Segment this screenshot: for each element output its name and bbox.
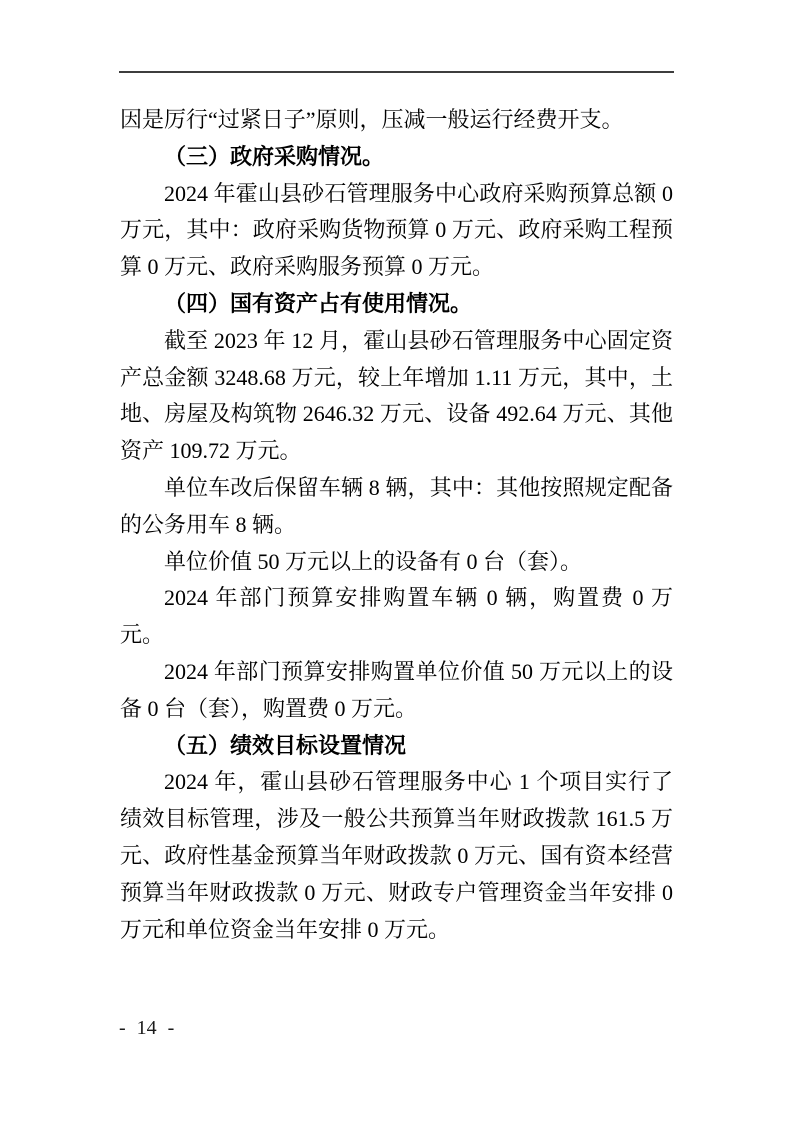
paragraph-continued: 因是厉行“过紧日子”原则，压减一般运行经费开支。: [120, 102, 673, 139]
paragraph-procurement: 2024 年霍山县砂石管理服务中心政府采购预算总额 0 万元，其中：政府采购货物…: [120, 176, 673, 286]
section-heading-5: （五）绩效目标设置情况: [120, 728, 673, 765]
paragraph-equipment-purchase-budget: 2024 年部门预算安排购置单位价值 50 万元以上的设备 0 台（套），购置费…: [120, 654, 673, 728]
document-body: 因是厉行“过紧日子”原则，压减一般运行经费开支。 （三）政府采购情况。 2024…: [120, 102, 673, 948]
paragraph-fixed-assets: 截至 2023 年 12 月，霍山县砂石管理服务中心固定资产总金额 3248.6…: [120, 323, 673, 470]
paragraph-vehicles-retained: 单位车改后保留车辆 8 辆，其中：其他按照规定配备的公务用车 8 辆。: [120, 470, 673, 544]
paragraph-vehicle-purchase-budget: 2024 年部门预算安排购置车辆 0 辆，购置费 0 万元。: [120, 580, 673, 654]
section-heading-4: （四）国有资产占有使用情况。: [120, 286, 673, 323]
section-heading-3: （三）政府采购情况。: [120, 139, 673, 176]
document-page: 因是厉行“过紧日子”原则，压减一般运行经费开支。 （三）政府采购情况。 2024…: [0, 0, 793, 1122]
paragraph-equipment-over-50: 单位价值 50 万元以上的设备有 0 台（套）。: [120, 544, 673, 581]
paragraph-performance-targets: 2024 年，霍山县砂石管理服务中心 1 个项目实行了绩效目标管理，涉及一般公共…: [120, 764, 673, 948]
page-number: - 14 -: [119, 1016, 174, 1040]
header-rule: [119, 71, 674, 73]
